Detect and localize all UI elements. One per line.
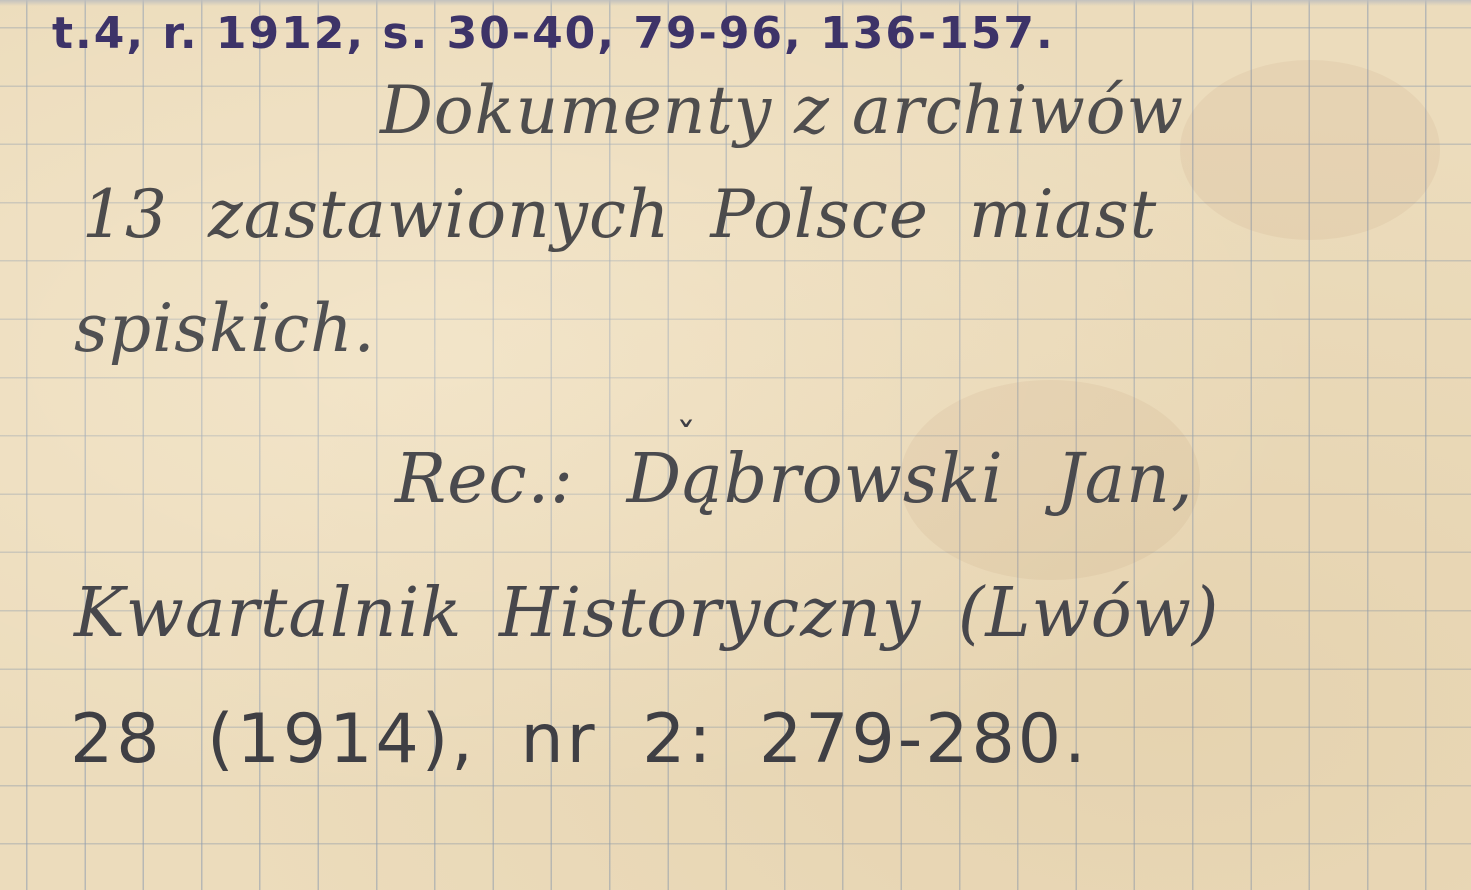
title-line-3: spiskich. (74, 290, 376, 367)
paper-stain (1180, 60, 1440, 240)
volume-page-reference: t.4, r. 1912, s. 30-40, 79-96, 136-157. (52, 8, 1055, 59)
card-top-edge (0, 0, 1471, 6)
title-line-2: 13 zastawionych Polsce miast (82, 176, 1157, 253)
catalog-card: t.4, r. 1912, s. 30-40, 79-96, 136-157. … (0, 0, 1471, 890)
review-author-line: Rec.: Dąbrowski Jan, (395, 440, 1194, 519)
review-journal-line: Kwartalnik Historyczny (Lwów) (74, 574, 1219, 653)
review-issue-line: 28 (1914), nr 2: 279-280. (70, 700, 1089, 779)
title-line-1: Dokumenty z archiwów (380, 72, 1184, 149)
